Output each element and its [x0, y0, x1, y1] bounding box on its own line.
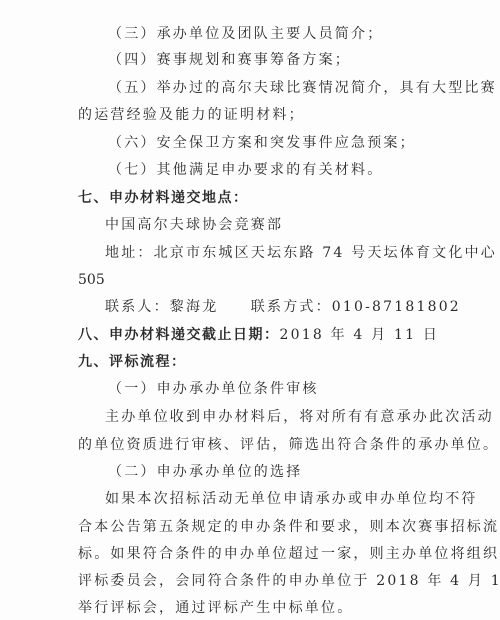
paragraph-2-line-5: 举行评标会，通过评标产生中标单位。 — [78, 598, 353, 618]
paragraph-1-line-2: 的单位资质进行审核、评估，筛选出符合条件的承办单位。 — [78, 435, 499, 455]
contact-info: 联系人：黎海龙 联系方式：010-87181802 — [105, 297, 461, 317]
subsection-1-heading: （一）申办承办单位条件审核 — [108, 379, 319, 399]
item-7-other-materials: （七）其他满足申办要求的有关材料。 — [108, 160, 383, 180]
address-room: 505 — [78, 270, 105, 290]
department-name: 中国高尔夫球协会竞赛部 — [105, 215, 283, 235]
paragraph-2-line-4: 评标委员会，会同符合条件的申办单位于 2018 年 4 月 16 日 — [78, 571, 500, 591]
deadline-date: 2018 年 4 月 11 日 — [280, 327, 440, 343]
paragraph-2-line-3: 标。如果符合条件的申办单位超过一家，则主办单位将组织 — [78, 544, 499, 564]
item-6-security-plan: （六）安全保卫方案和突发事件应急预案； — [108, 133, 416, 153]
section-8-deadline: 八、申办材料递交截止日期：2018 年 4 月 11 日 — [78, 325, 439, 345]
subsection-2-heading: （二）申办承办单位的选择 — [108, 462, 302, 482]
paragraph-1-line-1: 主办单位收到申办材料后，将对所有有意承办此次活动 — [105, 407, 494, 427]
paragraph-2-line-2: 合本公告第五条规定的申办条件和要求，则本次赛事招标流 — [78, 517, 499, 537]
address: 地址：北京市东城区天坛东路 74 号天坛体育文化中心 — [105, 243, 497, 263]
section-8-heading: 八、申办材料递交截止日期： — [78, 327, 280, 343]
section-9-heading: 九、评标流程： — [78, 352, 187, 372]
item-5-experience: （五）举办过的高尔夫球比赛情况简介，具有大型比赛 — [108, 78, 497, 98]
section-7-heading: 七、申办材料递交地点： — [78, 188, 249, 208]
item-3-team-intro: （三）承办单位及团队主要人员简介； — [108, 24, 383, 44]
document-page: （三）承办单位及团队主要人员简介； （四）赛事规划和赛事筹备方案； （五）举办过… — [0, 0, 500, 620]
item-5-continued: 的运营经验及能力的证明材料； — [78, 105, 305, 125]
paragraph-2-line-1: 如果本次招标活动无单位申请承办或申办单位均不符 — [105, 489, 478, 509]
item-4-event-plan: （四）赛事规划和赛事筹备方案； — [108, 50, 351, 70]
